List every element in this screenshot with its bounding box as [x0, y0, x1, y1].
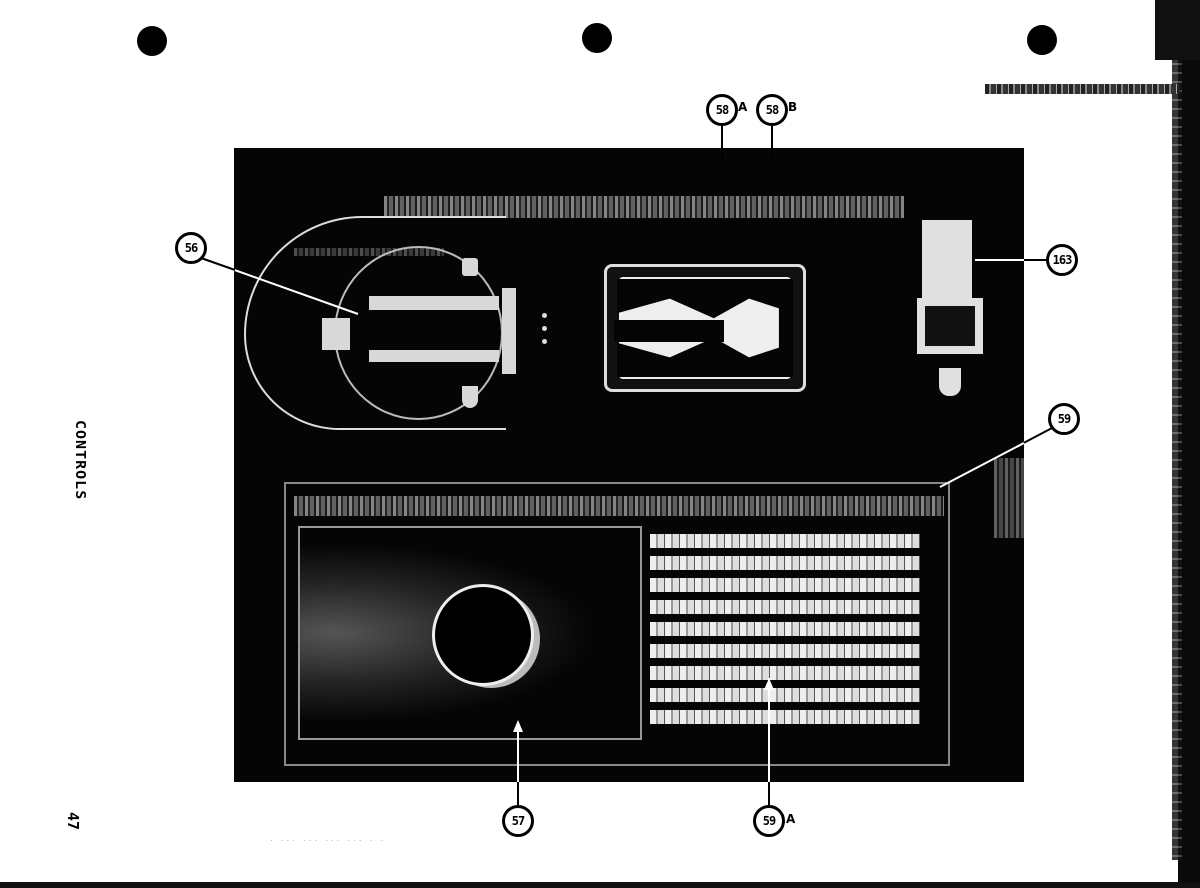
- callout-56: 56: [175, 232, 207, 264]
- callout-suffix: B: [788, 100, 797, 114]
- louver-slat: [650, 534, 920, 548]
- louver-slat: [650, 556, 920, 570]
- control-bracket-bottom: [369, 350, 499, 362]
- binder-hole-center-icon: [582, 23, 612, 53]
- indicator-dots: [542, 313, 548, 352]
- right-bracket-tab: [939, 368, 961, 396]
- right-bracket-upper: [922, 220, 972, 300]
- callout-number: 58: [716, 103, 728, 117]
- photo-texture: [994, 458, 1024, 538]
- control-switch-block: [322, 318, 350, 350]
- faint-footer-text: · ··· ··· ··· ··· · ·: [270, 836, 386, 845]
- photo-texture: [384, 196, 904, 218]
- control-panel-top-trim: [294, 496, 944, 516]
- callout-number: 56: [185, 241, 197, 255]
- callout-58b: 58: [756, 94, 788, 126]
- page-number: 47: [64, 812, 82, 830]
- control-bracket-top: [369, 296, 499, 310]
- louver-slat: [650, 688, 920, 702]
- callout-58a: 58: [706, 94, 738, 126]
- louver-slat: [650, 644, 920, 658]
- controls-photograph: [234, 148, 1024, 782]
- page-edge-scan-noise: [1172, 60, 1182, 860]
- callout-number: 59: [763, 814, 775, 828]
- callout-57: 57: [502, 805, 534, 837]
- control-mount-tab: [462, 386, 478, 408]
- section-title: CONTROLS: [62, 420, 89, 500]
- page-bottom-edge: [0, 882, 1200, 888]
- scan-corner-artifact: [1155, 0, 1200, 60]
- callout-suffix: A: [786, 812, 795, 826]
- control-knob: [432, 584, 534, 686]
- callout-suffix: A: [738, 100, 747, 114]
- callout-59a: 59: [753, 805, 785, 837]
- scan-streak-artifact: [985, 84, 1180, 94]
- control-mount-plate: [502, 288, 516, 374]
- louver-slat: [650, 600, 920, 614]
- louvered-insert: [650, 526, 920, 726]
- binder-hole-left-icon: [137, 26, 167, 56]
- callout-number: 57: [512, 814, 524, 828]
- callout-59: 59: [1048, 403, 1080, 435]
- thermostat-shaft: [614, 320, 724, 342]
- louver-slat: [650, 622, 920, 636]
- right-bracket-lower: [917, 298, 983, 354]
- callout-number: 163: [1053, 253, 1072, 267]
- control-mount-tab: [462, 258, 478, 276]
- callout-163: 163: [1046, 244, 1078, 276]
- louver-slat: [650, 710, 920, 724]
- binder-hole-right-icon: [1027, 25, 1057, 55]
- louver-slat: [650, 666, 920, 680]
- callout-number: 58: [766, 103, 778, 117]
- callout-number: 59: [1058, 412, 1070, 426]
- louver-slat: [650, 578, 920, 592]
